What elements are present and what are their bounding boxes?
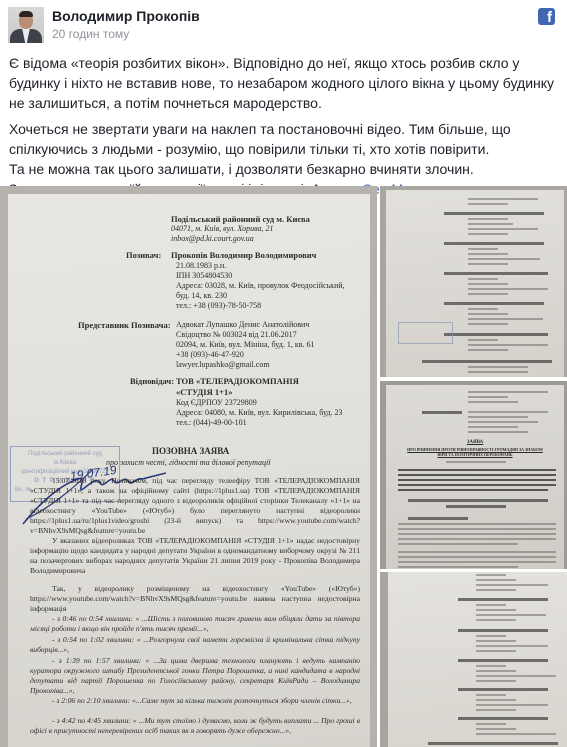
doc-quote: - з 2:06 по 2:10 хвилини: «...Саме тут з… — [30, 696, 360, 716]
doc-plaintiff-name: Прокопів Володимир Володимирович — [171, 250, 316, 260]
doc-body-paragraph: У вказаних відеороликах ТОВ «ТЕЛЕРАДІОКО… — [30, 536, 360, 576]
doc-court-address: 04071, м. Київ, вул. Хорива, 21 — [171, 224, 274, 234]
doc-defendant-name: «СТУДІЯ 1+1» — [176, 387, 232, 397]
doc-quote: - з 0:54 по 1:02 хвилини: « ...Розгорнул… — [30, 635, 360, 655]
doc-rep-name: Адвокат Лупашко Денис Анатолійович — [176, 320, 309, 330]
doc-defendant-detail: Адреса: 04080, м. Київ, вул. Кирилівська… — [176, 408, 343, 418]
doc-rep-detail: +38 (093)-46-47-920 — [176, 350, 244, 360]
doc-defendant-label: Відповідач: — [130, 376, 174, 386]
statement-title: ЗАЯВА — [386, 440, 564, 446]
photo-thumbnail-witnesses[interactable] — [380, 186, 567, 377]
doc-rep-detail: lawyer.lupashko@gmail.com — [176, 360, 270, 370]
statement-subtitle: ПРО ВЧИНЕННЯ ПРОТИ РІВНОПРАВНОСТІ ГРОМАД… — [406, 447, 544, 457]
photo-thumbnail-applicants[interactable] — [380, 572, 567, 747]
doc-body-paragraph: 15.07.2018 року, Позивачем, під час пере… — [30, 476, 360, 536]
photo-main-lawsuit[interactable]: Подільський районний суд м. Києва 04071,… — [0, 186, 377, 747]
doc-rep-label: Представник Позивача: — [78, 320, 171, 330]
photo-thumbnail-statement[interactable]: ЗАЯВА ПРО ВЧИНЕННЯ ПРОТИ РІВНОПРАВНОСТІ … — [380, 381, 567, 569]
post-text: Є відома «теорія розбитих вікон». Відпов… — [9, 53, 559, 199]
applicants-list-document — [388, 572, 567, 747]
avatar-hair — [19, 11, 33, 17]
author-avatar[interactable] — [8, 7, 44, 43]
post-paragraph: Хочеться не звертати уваги на наклеп та … — [9, 119, 559, 159]
criminal-statement-document: ЗАЯВА ПРО ВЧИНЕННЯ ПРОТИ РІВНОПРАВНОСТІ … — [386, 385, 564, 569]
doc-rep-detail: Свідоцтво № 003024 від 21.06.2017 — [176, 330, 297, 340]
doc-quote: - з 1:39 по 1:57 хвилини: « ...За цими д… — [30, 656, 360, 696]
post-paragraph: Є відома «теорія розбитих вікон». Відпов… — [9, 53, 559, 113]
doc-defendant-name: ТОВ «ТЕЛЕРАДІОКОМПАНІЯ — [176, 376, 299, 386]
post-header: Володимир Прокопів 20 годин тому f — [0, 0, 567, 48]
facebook-icon[interactable]: f — [538, 8, 555, 25]
doc-plaintiff-detail: Адреса: 03028, м. Київ, провулок Феодосі… — [176, 281, 345, 291]
doc-defendant-detail: Код ЄДРПОУ 23729809 — [176, 398, 257, 408]
doc-subtitle: про захист честі, гідності та ділової ре… — [106, 458, 270, 468]
doc-body-paragraph: Так, у відеоролику розміщеному на відеох… — [30, 584, 360, 614]
doc-rep-detail: 02094, м. Київ, вул. Мініна, буд. 1, кв.… — [176, 340, 315, 350]
doc-quote: - з 0:46 по 0:54 хвилини: « ...Шість з п… — [30, 614, 360, 634]
doc-plaintiff-detail: 21.08.1983 р.н. — [176, 261, 226, 271]
doc-title: ПОЗОВНА ЗАЯВА — [152, 446, 229, 456]
doc-quote: - з 4:42 по 4:45 хвилини: « ...Ми тут ст… — [30, 716, 360, 736]
doc-plaintiff-detail: ІПН 3054804530 — [176, 271, 232, 281]
doc-plaintiff-detail: тел.: +38 (093)-78-50-758 — [176, 301, 261, 311]
doc-court: Подільський районний суд м. Києва — [171, 214, 310, 224]
lawsuit-document: Подільський районний суд м. Києва 04071,… — [8, 194, 370, 747]
doc-defendant-detail: тел.: (044)-49-00-101 — [176, 418, 247, 428]
witness-list-document — [386, 190, 564, 377]
post-timestamp[interactable]: 20 годин тому — [52, 27, 129, 41]
doc-plaintiff-label: Позивач: — [126, 250, 161, 260]
post-paragraph: Та не можна так цього залишати, і дозвол… — [9, 159, 559, 179]
photo-grid: Подільський районний суд м. Києва 04071,… — [0, 186, 567, 747]
doc-court-email: inbox@pd.ki.court.gov.ua — [171, 234, 254, 244]
author-name[interactable]: Володимир Прокопів — [52, 8, 200, 24]
doc-plaintiff-detail: буд. 14, кв. 230 — [176, 291, 227, 301]
